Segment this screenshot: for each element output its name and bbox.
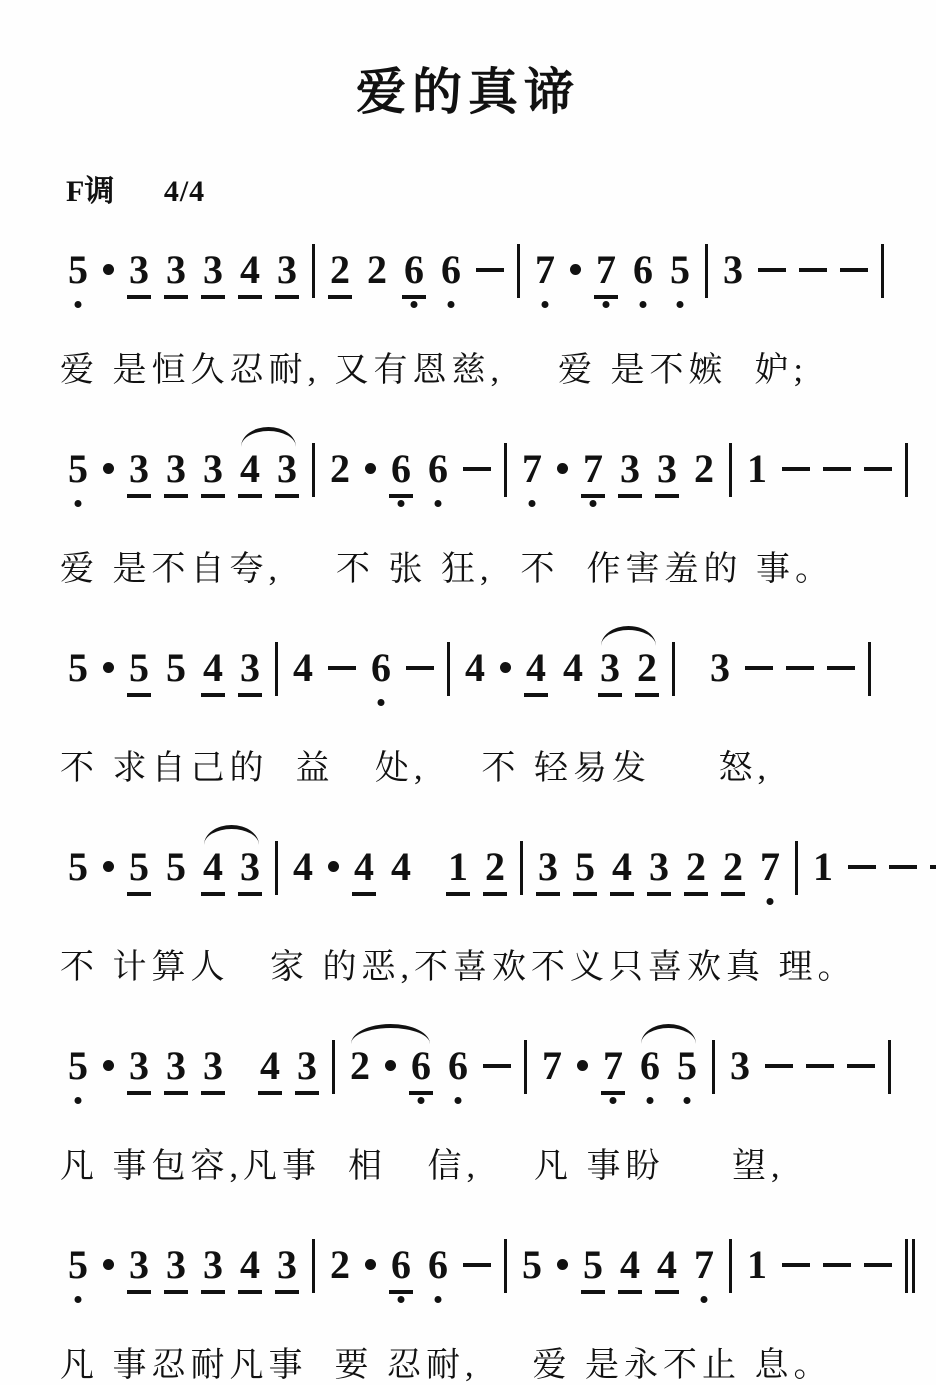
score-line-5: 53334326677653 凡 事包容,凡事 相 信, 凡 事盼 望,: [0, 1044, 936, 1187]
note-digit: 5: [166, 646, 186, 690]
sheet-music-page: 爱的真谛 F调 4/4 533343226677653 爱 是恒久忍耐, 又有恩…: [0, 0, 936, 1385]
note-digit: 4: [354, 845, 374, 889]
augmentation-dot: [500, 662, 511, 673]
augmentation-dot: [103, 463, 114, 474]
note-digit: 7: [760, 845, 780, 889]
duration-dash: [848, 865, 876, 869]
note-digit: 6: [428, 447, 448, 491]
note-digit: 5: [575, 845, 595, 889]
slur-arc-group: 43: [201, 845, 262, 896]
note-digit: 7: [583, 447, 603, 491]
note-3: 3: [618, 447, 642, 498]
note-digit: 6: [404, 248, 424, 292]
note-3: 3: [164, 1243, 188, 1294]
note-digit: 5: [670, 248, 690, 292]
note-digit: 3: [203, 248, 223, 292]
note-5: 5: [573, 845, 597, 896]
note-digit: 3: [723, 248, 743, 292]
note-digit: 1: [747, 1243, 767, 1287]
notation-line: 533343266554471: [0, 1243, 936, 1315]
note-3: 3: [655, 447, 679, 498]
note-5-low: 5: [66, 248, 90, 295]
duration-dash: [823, 1263, 851, 1267]
barline: [905, 443, 908, 497]
note-digit: 7: [694, 1243, 714, 1287]
duration-dash: [864, 467, 892, 471]
note-3: 3: [201, 1243, 225, 1294]
note-digit: 5: [68, 646, 88, 690]
note-1: 1: [446, 845, 470, 896]
note-digit: 4: [260, 1044, 280, 1088]
note-2: 2: [365, 248, 389, 295]
note-6-low: 6: [426, 447, 450, 494]
note-digit: 3: [129, 1243, 149, 1287]
augmentation-dot: [365, 463, 376, 474]
note-digit: 4: [612, 845, 632, 889]
score-line-1: 533343226677653 爱 是恒久忍耐, 又有恩慈, 爱 是不嫉 妒;: [0, 248, 936, 391]
note-3: 3: [721, 248, 745, 295]
duration-dash: [840, 268, 868, 272]
notation-line: 53334326677653: [0, 1044, 936, 1116]
augmentation-dot: [570, 264, 581, 275]
note-digit: 5: [68, 447, 88, 491]
note-digit: 6: [391, 447, 411, 491]
key-time-line: F调 4/4: [66, 166, 936, 210]
note-digit: 6: [441, 248, 461, 292]
note-4: 4: [291, 646, 315, 693]
note-digit: 2: [723, 845, 743, 889]
note-7: 7: [540, 1044, 564, 1091]
duration-dash: [827, 666, 855, 670]
note-digit: 5: [68, 845, 88, 889]
note-digit: 4: [526, 646, 546, 690]
note-digit: 4: [657, 1243, 677, 1287]
note-digit: 3: [297, 1044, 317, 1088]
score-line-3: 5554346444323 不 求自己的 益 处, 不 轻易发 怒,: [0, 646, 936, 789]
score-line-4: 555434441235432271 不 计算人 家 的恶,不喜欢不义只喜欢真 …: [0, 845, 936, 988]
note-4: 4: [655, 1243, 679, 1294]
note-digit: 5: [522, 1243, 542, 1287]
note-2: 2: [684, 845, 708, 896]
note-3: 3: [127, 1044, 151, 1095]
augmentation-dot: [103, 662, 114, 673]
note-digit: 3: [129, 248, 149, 292]
note-2: 2: [483, 845, 507, 896]
time-signature: 4/4: [164, 175, 205, 208]
note-digit: 2: [330, 248, 350, 292]
duration-dash: [782, 1263, 810, 1267]
duration-dash: [847, 1064, 875, 1068]
note-digit: 5: [677, 1044, 697, 1088]
note-digit: 5: [129, 845, 149, 889]
note-digit: 6: [640, 1044, 660, 1088]
note-3: 3: [275, 447, 299, 498]
note-3: 3: [275, 248, 299, 299]
note-3: 3: [201, 447, 225, 498]
barline: [504, 443, 507, 497]
note-6-low: 6: [638, 1044, 662, 1091]
barline: [729, 1239, 732, 1293]
note-3: 3: [201, 248, 225, 299]
note-digit: 3: [620, 447, 640, 491]
duration-dash: [823, 467, 851, 471]
note-4: 4: [610, 845, 634, 896]
note-digit: 3: [649, 845, 669, 889]
note-5: 5: [520, 1243, 544, 1290]
note-3: 3: [598, 646, 622, 697]
note-4: 4: [389, 845, 413, 892]
note-digit: 3: [277, 248, 297, 292]
note-digit: 4: [203, 845, 223, 889]
note-digit: 3: [166, 447, 186, 491]
note-3: 3: [201, 1044, 225, 1095]
note-3: 3: [708, 646, 732, 693]
note-digit: 3: [600, 646, 620, 690]
note-digit: 4: [240, 248, 260, 292]
note-digit: 3: [129, 1044, 149, 1088]
note-6-low: 6: [402, 248, 426, 299]
note-5-low: 5: [668, 248, 692, 295]
duration-dash: [806, 1064, 834, 1068]
note-digit: 1: [448, 845, 468, 889]
duration-dash: [782, 467, 810, 471]
note-digit: 2: [350, 1044, 370, 1088]
note-3: 3: [238, 845, 262, 896]
note-1: 1: [811, 845, 835, 892]
note-digit: 3: [166, 248, 186, 292]
note-4: 4: [201, 845, 225, 896]
barline: [672, 642, 675, 696]
score-line-2: 533343266773321 爱 是不自夸, 不 张 狂, 不 作害羞的 事。: [0, 447, 936, 590]
note-digit: 3: [240, 845, 260, 889]
note-digit: 3: [277, 447, 297, 491]
note-5: 5: [581, 1243, 605, 1294]
note-2: 2: [721, 845, 745, 896]
note-digit: 3: [710, 646, 730, 690]
barline: [275, 642, 278, 696]
barline: [312, 1239, 315, 1293]
note-3: 3: [164, 447, 188, 498]
lyrics-line: 不 求自己的 益 处, 不 轻易发 怒,: [0, 740, 936, 789]
note-5-low: 5: [675, 1044, 699, 1091]
note-6-low: 6: [389, 1243, 413, 1294]
note-digit: 5: [68, 248, 88, 292]
note-digit: 3: [203, 447, 223, 491]
note-digit: 2: [330, 447, 350, 491]
note-6-low: 6: [409, 1044, 433, 1095]
note-7-low: 7: [758, 845, 782, 892]
augmentation-dot: [557, 463, 568, 474]
barline: [524, 1040, 527, 1094]
barline: [795, 841, 798, 895]
duration-dash: [476, 268, 504, 272]
note-digit: 1: [813, 845, 833, 889]
note-digit: 7: [535, 248, 555, 292]
duration-dash: [406, 666, 434, 670]
note-digit: 3: [166, 1044, 186, 1088]
note-7-low: 7: [520, 447, 544, 494]
note-5: 5: [164, 646, 188, 693]
note-4: 4: [238, 447, 262, 498]
note-digit: 7: [542, 1044, 562, 1088]
note-digit: 6: [428, 1243, 448, 1287]
duration-dash: [799, 268, 827, 272]
note-5: 5: [164, 845, 188, 892]
note-digit: 4: [563, 646, 583, 690]
note-digit: 5: [68, 1243, 88, 1287]
augmentation-dot: [103, 1259, 114, 1270]
note-digit: 4: [203, 646, 223, 690]
note-digit: 2: [330, 1243, 350, 1287]
duration-dash: [864, 1263, 892, 1267]
note-digit: 3: [166, 1243, 186, 1287]
note-6-low: 6: [389, 447, 413, 498]
note-digit: 6: [371, 646, 391, 690]
note-digit: 2: [694, 447, 714, 491]
note-3: 3: [295, 1044, 319, 1095]
note-digit: 4: [293, 646, 313, 690]
note-digit: 2: [367, 248, 387, 292]
slur-arc-group: 32: [598, 646, 659, 697]
duration-dash: [328, 666, 356, 670]
note-digit: 5: [68, 1044, 88, 1088]
song-title: 爱的真谛: [0, 0, 936, 124]
duration-dash: [745, 666, 773, 670]
barline: [312, 244, 315, 298]
note-digit: 7: [603, 1044, 623, 1088]
note-digit: 4: [240, 447, 260, 491]
note-2: 2: [348, 1044, 372, 1095]
note-7-low: 7: [594, 248, 618, 299]
note-digit: 2: [686, 845, 706, 889]
note-digit: 4: [293, 845, 313, 889]
barline: [520, 841, 523, 895]
note-3: 3: [238, 646, 262, 697]
note-7-low: 7: [601, 1044, 625, 1095]
note-2: 2: [328, 1243, 352, 1290]
note-digit: 1: [747, 447, 767, 491]
augmentation-dot: [365, 1259, 376, 1270]
note-7-low: 7: [533, 248, 557, 295]
note-digit: 7: [522, 447, 542, 491]
note-5-low: 5: [66, 447, 90, 494]
note-digit: 2: [637, 646, 657, 690]
note-4: 4: [201, 646, 225, 697]
note-2: 2: [692, 447, 716, 494]
lyrics-line: 爱 是恒久忍耐, 又有恩慈, 爱 是不嫉 妒;: [0, 342, 936, 391]
duration-dash: [758, 268, 786, 272]
augmentation-dot: [103, 1060, 114, 1071]
note-digit: 6: [411, 1044, 431, 1088]
notation-line: 533343226677653: [0, 248, 936, 320]
augmentation-dot: [328, 861, 339, 872]
note-3: 3: [647, 845, 671, 896]
note-3: 3: [164, 1044, 188, 1095]
note-7-low: 7: [692, 1243, 716, 1290]
note-6-low: 6: [426, 1243, 450, 1290]
note-digit: 3: [657, 447, 677, 491]
note-digit: 4: [391, 845, 411, 889]
note-5-low: 5: [66, 1044, 90, 1091]
augmentation-dot: [577, 1060, 588, 1071]
lyrics-line: 凡 事忍耐凡事 要 忍耐, 爱 是永不止 息。: [0, 1337, 936, 1385]
note-4: 4: [238, 1243, 262, 1294]
barline: [504, 1239, 507, 1293]
duration-dash: [765, 1064, 793, 1068]
barline: [447, 642, 450, 696]
notation-line: 555434441235432271: [0, 845, 936, 917]
augmentation-dot: [385, 1060, 396, 1071]
slur-arc-group: 26: [348, 1044, 433, 1095]
slur-arc-group: 43: [238, 447, 299, 498]
note-5-low: 5: [66, 1243, 90, 1290]
note-5: 5: [127, 646, 151, 697]
note-4: 4: [258, 1044, 282, 1095]
lyrics-line: 凡 事包容,凡事 相 信, 凡 事盼 望,: [0, 1138, 936, 1187]
duration-dash: [889, 865, 917, 869]
notation-line: 533343266773321: [0, 447, 936, 519]
note-4: 4: [618, 1243, 642, 1294]
duration-dash: [930, 865, 936, 869]
note-3: 3: [127, 1243, 151, 1294]
note-2: 2: [328, 447, 352, 494]
note-5: 5: [66, 646, 90, 693]
note-3: 3: [127, 447, 151, 498]
note-digit: 6: [391, 1243, 411, 1287]
barline: [517, 244, 520, 298]
note-2: 2: [635, 646, 659, 697]
note-digit: 5: [583, 1243, 603, 1287]
note-digit: 3: [730, 1044, 750, 1088]
note-digit: 6: [633, 248, 653, 292]
slur-arc-group: 65: [638, 1044, 699, 1091]
note-digit: 4: [465, 646, 485, 690]
note-6-low: 6: [446, 1044, 470, 1091]
barline: [729, 443, 732, 497]
note-digit: 3: [203, 1044, 223, 1088]
note-digit: 3: [240, 646, 260, 690]
notation-line: 5554346444323: [0, 646, 936, 718]
note-digit: 5: [129, 646, 149, 690]
note-4: 4: [463, 646, 487, 693]
note-1: 1: [745, 1243, 769, 1290]
final-barline: [905, 1239, 915, 1293]
barline: [888, 1040, 891, 1094]
note-digit: 3: [129, 447, 149, 491]
note-3: 3: [728, 1044, 752, 1091]
note-3: 3: [536, 845, 560, 896]
note-5: 5: [66, 845, 90, 892]
note-2: 2: [328, 248, 352, 299]
duration-dash: [786, 666, 814, 670]
barline: [881, 244, 884, 298]
note-digit: 7: [596, 248, 616, 292]
note-digit: 3: [203, 1243, 223, 1287]
augmentation-dot: [103, 264, 114, 275]
barline: [712, 1040, 715, 1094]
note-digit: 4: [240, 1243, 260, 1287]
note-4: 4: [352, 845, 376, 896]
duration-dash: [463, 1263, 491, 1267]
lyrics-line: 爱 是不自夸, 不 张 狂, 不 作害羞的 事。: [0, 541, 936, 590]
note-4: 4: [238, 248, 262, 299]
note-digit: 4: [620, 1243, 640, 1287]
note-1: 1: [745, 447, 769, 494]
barline: [275, 841, 278, 895]
note-5: 5: [127, 845, 151, 896]
note-6-low: 6: [369, 646, 393, 693]
note-4: 4: [291, 845, 315, 892]
note-digit: 3: [277, 1243, 297, 1287]
note-digit: 6: [448, 1044, 468, 1088]
barline: [868, 642, 871, 696]
augmentation-dot: [103, 861, 114, 872]
score-line-6: 533343266554471 凡 事忍耐凡事 要 忍耐, 爱 是永不止 息。: [0, 1243, 936, 1385]
barline: [705, 244, 708, 298]
augmentation-dot: [557, 1259, 568, 1270]
note-4: 4: [524, 646, 548, 697]
note-3: 3: [164, 248, 188, 299]
barline: [332, 1040, 335, 1094]
note-3: 3: [127, 248, 151, 299]
note-6-low: 6: [439, 248, 463, 295]
note-3: 3: [275, 1243, 299, 1294]
note-digit: 2: [485, 845, 505, 889]
lyrics-line: 不 计算人 家 的恶,不喜欢不义只喜欢真 理。: [0, 939, 936, 988]
note-6-low: 6: [631, 248, 655, 295]
barline: [312, 443, 315, 497]
duration-dash: [483, 1064, 511, 1068]
note-4: 4: [561, 646, 585, 693]
note-digit: 5: [166, 845, 186, 889]
duration-dash: [463, 467, 491, 471]
note-7-low: 7: [581, 447, 605, 498]
note-digit: 3: [538, 845, 558, 889]
key-signature: F调: [66, 175, 114, 208]
